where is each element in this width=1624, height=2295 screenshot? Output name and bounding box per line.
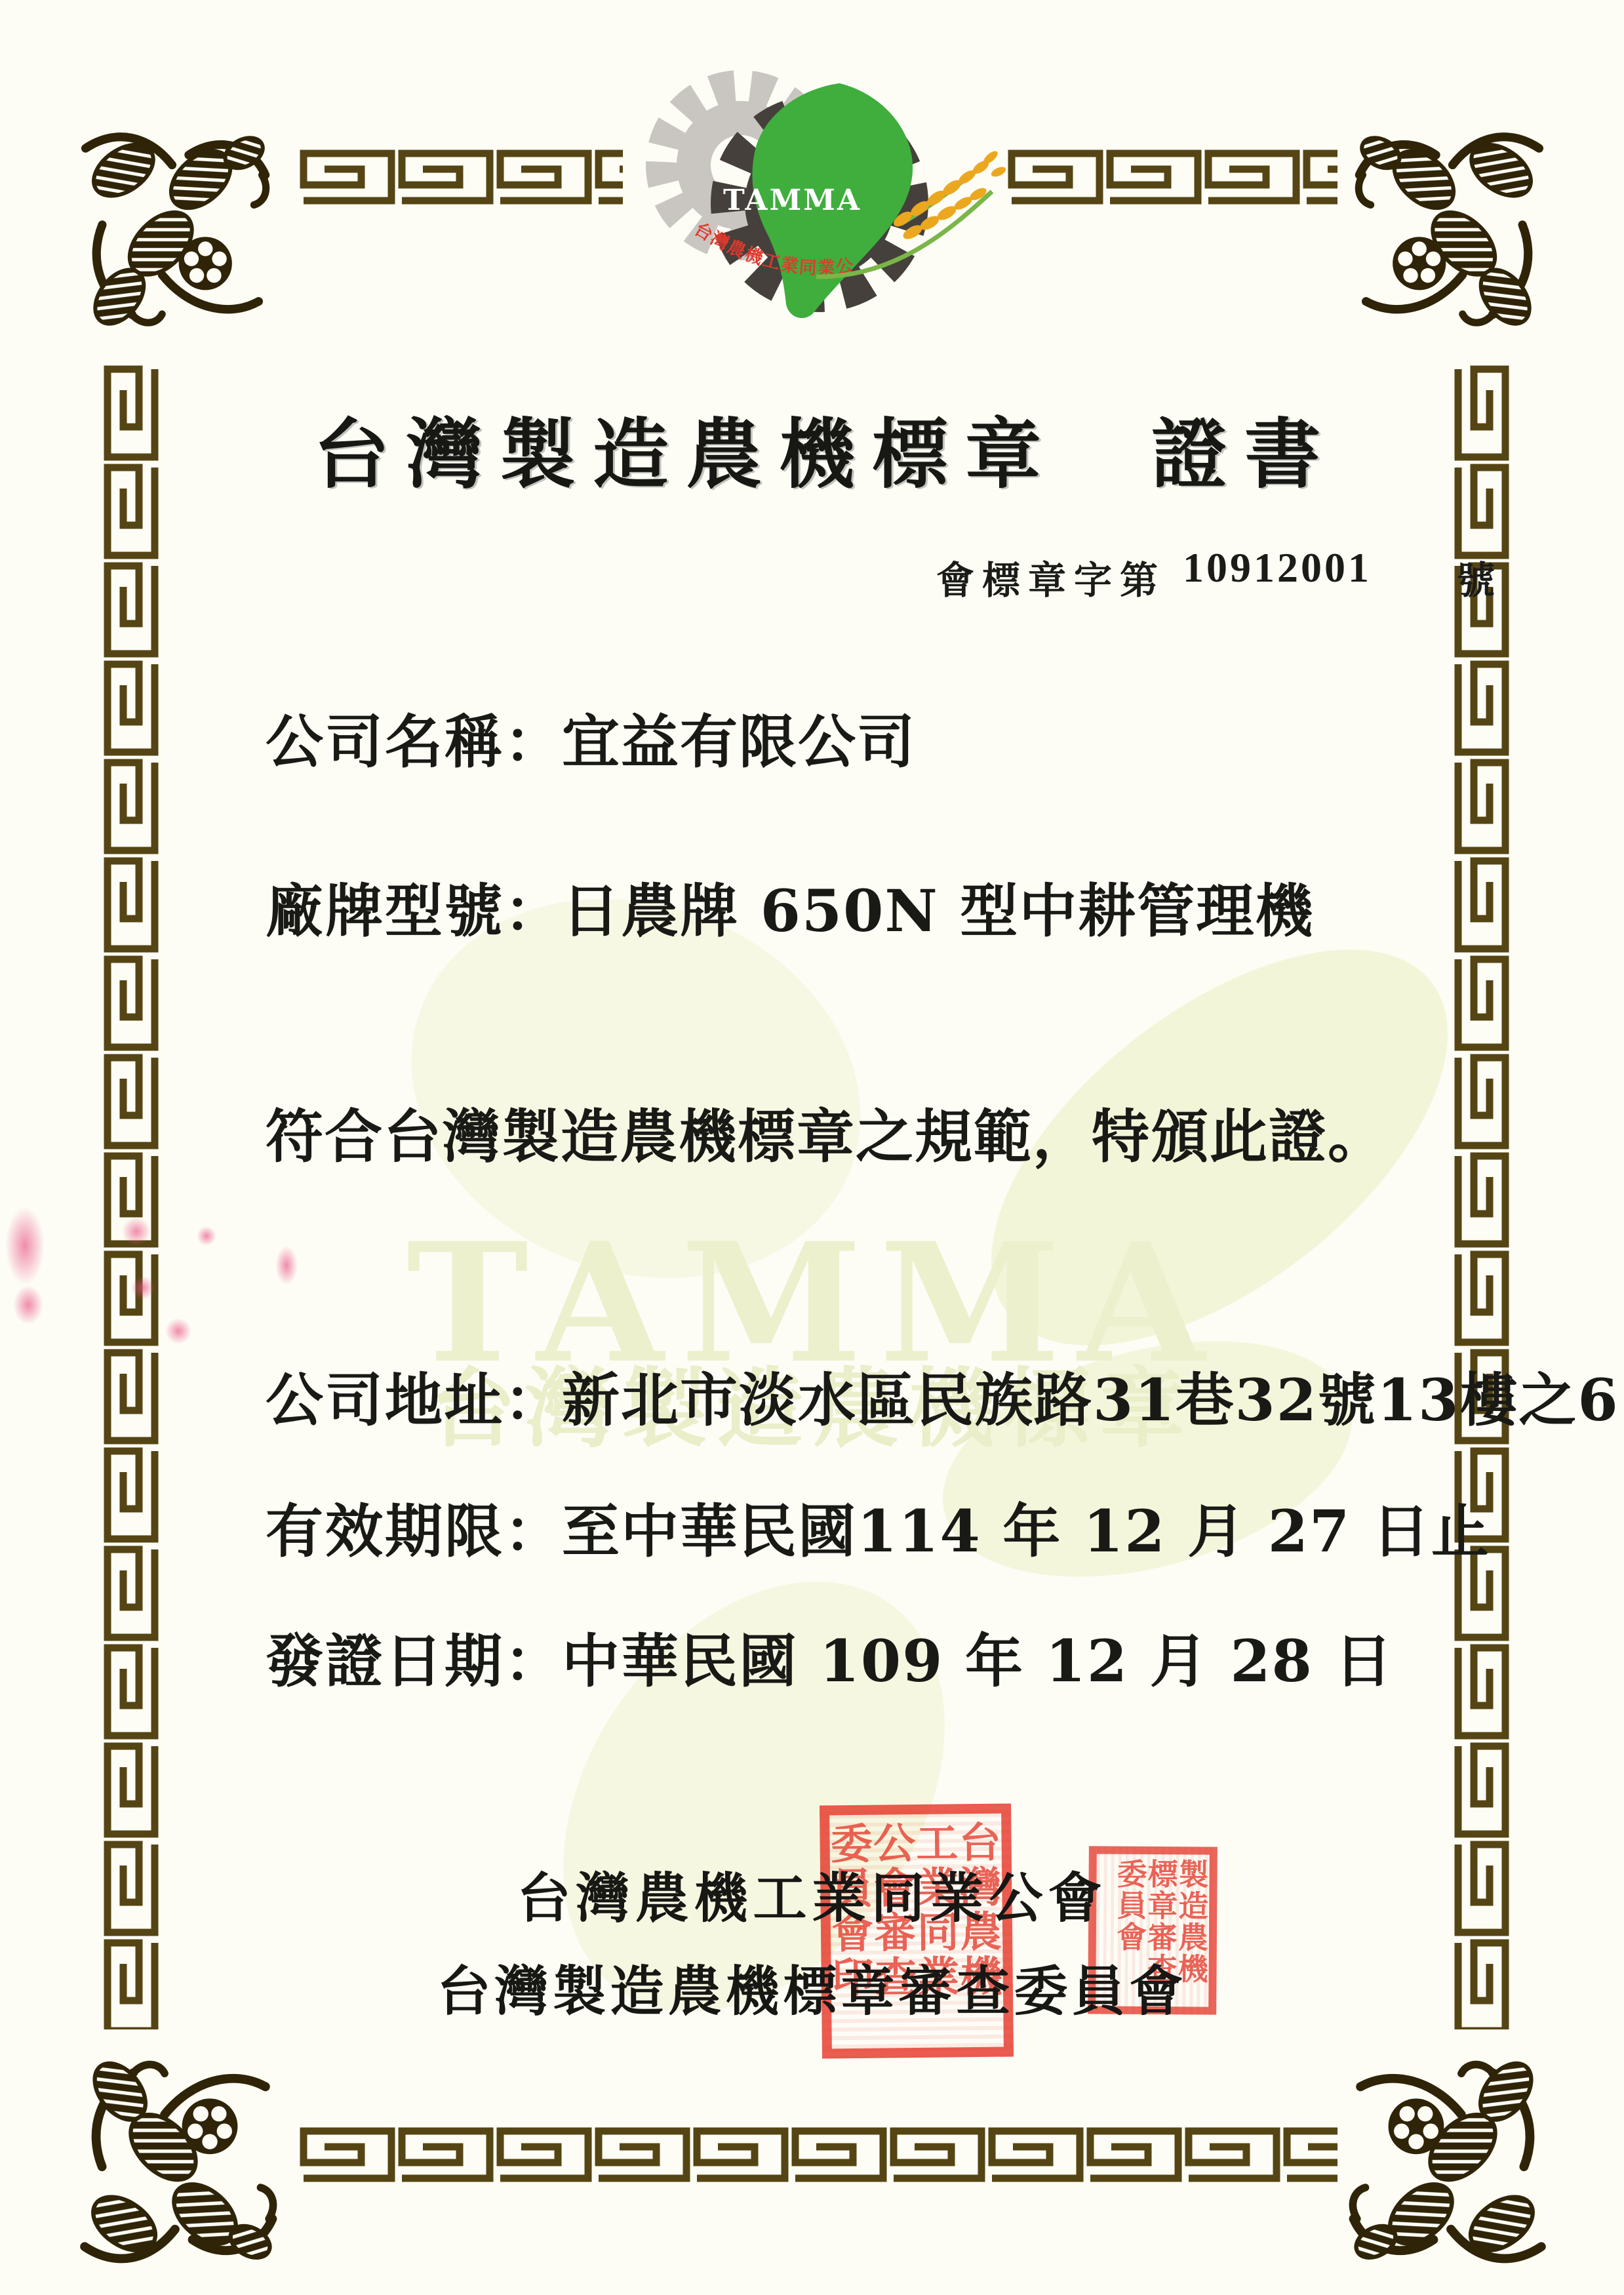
tamma-logo: TAMMA 台灣農機工業同業公會 — [620, 60, 1006, 326]
field-label: 公司名稱 — [266, 708, 504, 776]
field-company-name: 公司名稱：宜益有限公司 — [266, 696, 916, 779]
field-value: 日農牌 650N 型中耕管理機 — [562, 877, 1314, 945]
field-company-address: 公司地址：新北市淡水區民族路31巷32號13樓之6 — [266, 1355, 1619, 1437]
field-label: 有效期限 — [266, 1497, 504, 1565]
issuer-committee: 台灣製造農機標章審查委員會 — [0, 1949, 1624, 2026]
field-label: 發證日期 — [266, 1627, 504, 1695]
field-brand-model: 廠牌型號：日農牌 650N 型中耕管理機 — [266, 866, 1314, 948]
field-label: 廠牌型號 — [266, 877, 504, 945]
field-value: 新北市淡水區民族路31巷32號13樓之6 — [562, 1366, 1619, 1434]
field-colon: ： — [504, 708, 562, 776]
field-issue-date: 發證日期：中華民國 109 年 12 月 28 日 — [266, 1616, 1393, 1698]
border-top-right-band — [1006, 146, 1337, 205]
ink-smudge — [122, 1217, 151, 1246]
serial-line: 會標章字第10912001號 — [936, 549, 1495, 605]
serial-suffix: 號 — [1457, 558, 1495, 603]
field-value: 中華民國 109 年 12 月 28 日 — [562, 1627, 1393, 1695]
ink-smudge — [13, 1285, 43, 1325]
serial-prefix: 會標章字第 — [936, 558, 1166, 603]
field-value: 宜益有限公司 — [562, 708, 916, 776]
field-validity: 有效期限：至中華民國114 年 12 月 27 日止 — [266, 1486, 1490, 1568]
ink-smudge — [131, 1276, 155, 1300]
border-top-left-band — [298, 146, 623, 205]
certificate-title: 台灣製造農機標章 證書 — [313, 393, 1337, 503]
serial-number: 10912001 — [1183, 544, 1372, 591]
logo-acronym: TAMMA — [723, 184, 862, 217]
border-right-band — [1454, 364, 1513, 2029]
ink-smudge — [197, 1226, 216, 1246]
compliance-statement: 符合台灣製造農機標章之規範，特頒此證。 — [266, 1091, 1387, 1174]
field-label: 公司地址 — [266, 1366, 504, 1434]
field-colon: ： — [504, 1366, 562, 1434]
field-colon: ： — [504, 1497, 562, 1565]
issuer-association: 台灣農機工業同業公會 — [0, 1856, 1624, 1932]
certificate-page: TAMMA 台灣製造農機標章 TAMMA 台灣農機工業同業公會 — [0, 0, 1624, 2295]
field-colon: ： — [504, 877, 562, 945]
border-left-band — [100, 364, 159, 2029]
corner-ornament-bottom-right — [1336, 2045, 1566, 2282]
field-value: 至中華民國114 年 12 月 27 日止 — [562, 1497, 1490, 1565]
corner-ornament-top-left — [62, 117, 282, 340]
ink-smudge — [5, 1207, 45, 1285]
border-bottom-band — [298, 2123, 1337, 2182]
field-colon: ： — [504, 1627, 562, 1695]
ink-smudge — [165, 1318, 191, 1344]
ink-smudge — [275, 1246, 298, 1285]
corner-ornament-top-right — [1343, 117, 1562, 340]
corner-ornament-bottom-left — [60, 2045, 290, 2282]
